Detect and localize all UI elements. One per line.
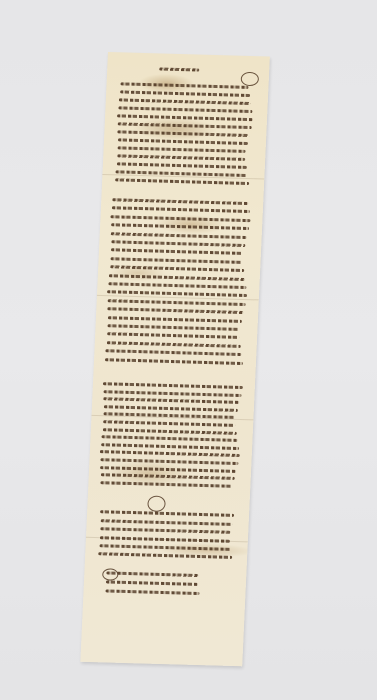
handwriting-line [110, 215, 250, 222]
seal-bottom [102, 568, 119, 580]
handwriting-line [115, 178, 249, 185]
handwriting-line [100, 481, 232, 488]
handwriting-line [100, 536, 230, 543]
handwriting-line [103, 405, 237, 412]
handwriting-line [103, 397, 239, 404]
manuscript-paper [80, 52, 270, 666]
handwriting-line [107, 299, 245, 306]
handwriting-line [105, 589, 199, 595]
handwriting-line [101, 435, 237, 442]
handwriting-line [117, 138, 247, 145]
handwriting-line [117, 130, 249, 137]
handwriting-line [116, 162, 246, 169]
handwriting-line [111, 249, 243, 256]
seal-middle [147, 496, 166, 512]
handwriting-line [106, 571, 198, 577]
handwriting-line [108, 282, 246, 289]
handwriting-line [100, 458, 238, 465]
handwriting-line [100, 519, 232, 526]
handwriting-line [120, 90, 250, 97]
handwriting-line [120, 82, 248, 89]
seal-top [241, 72, 260, 86]
handwriting-line [100, 527, 230, 534]
handwriting-line [107, 307, 243, 314]
handwriting-line [111, 223, 249, 230]
handwriting-line [103, 382, 243, 389]
handwriting-line [105, 349, 241, 356]
handwriting-line [101, 443, 239, 450]
handwriting-line [111, 232, 247, 239]
photo-scene: Handwritten Ottoman-script manuscript on… [0, 0, 377, 700]
handwriting-line [118, 106, 252, 113]
handwriting-line [108, 324, 240, 331]
handwriting-line [98, 553, 232, 560]
handwriting-line [100, 473, 234, 480]
handwriting-line [99, 544, 231, 551]
handwriting-line [117, 114, 253, 121]
handwriting-line [111, 240, 245, 247]
handwriting-line [111, 257, 243, 264]
handwriting-line [110, 265, 244, 272]
handwriting-line [102, 428, 236, 435]
handwriting-line [118, 146, 246, 153]
handwriting-line [100, 451, 240, 458]
handwriting-line [100, 466, 236, 473]
handwriting-line [119, 98, 251, 105]
handwriting-line [106, 580, 198, 586]
handwriting-line [107, 333, 239, 340]
handwriting-line [103, 390, 241, 397]
handwriting-line [117, 122, 251, 129]
handwriting-line [159, 67, 199, 71]
handwriting-line [109, 274, 245, 281]
handwriting-line [117, 154, 245, 161]
handwriting-line [112, 198, 248, 205]
handwriting-line [104, 358, 242, 365]
handwriting-line [106, 341, 240, 348]
handwriting-line [103, 420, 235, 427]
handwriting-line [107, 316, 241, 323]
handwriting-line [100, 511, 234, 518]
handwriting-line [111, 207, 249, 214]
